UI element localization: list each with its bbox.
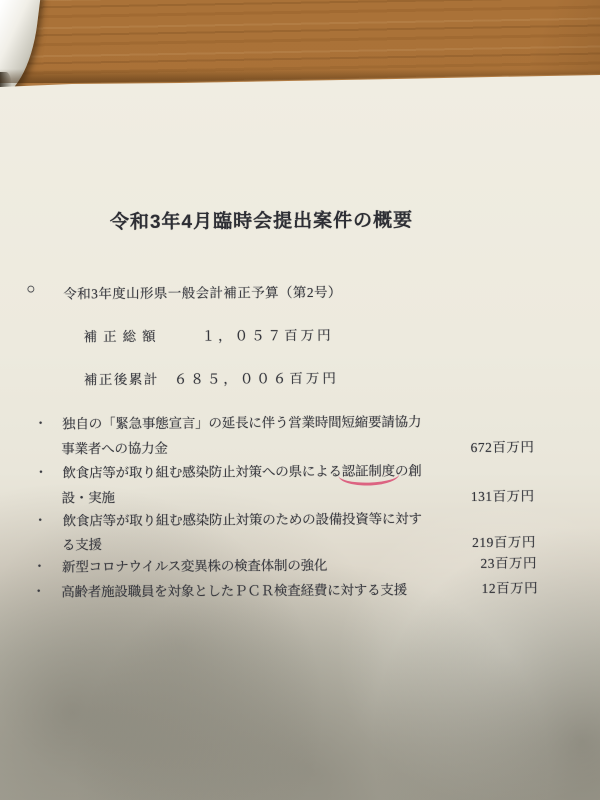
item-3-line-2: る支援 — [62, 533, 102, 553]
item-4-line-1: 新型コロナウイルス変異株の検査体制の強化 — [62, 554, 327, 576]
item-5-line-1: 高齢者施設職員を対象としたＰＣＲ検査経費に対する支援 — [61, 578, 407, 600]
item-1-amount: 672百万円 — [470, 436, 534, 456]
item-2-underlined-term: 認証制度 — [342, 459, 395, 479]
budget-total-value: １，０５７百万円 — [202, 324, 334, 345]
item-4-amount: 23百万円 — [480, 552, 537, 572]
budget-cumulative-value: ６８５，００６百万円 — [174, 367, 339, 388]
item-2-line-1: 飲食店等が取り組む感染防止対策への県による認証制度の創 — [62, 459, 421, 481]
item-2-line-1-post: の創 — [395, 463, 422, 478]
section-heading: 令和3年度山形県一般会計補正予算（第2号） — [63, 281, 342, 303]
bullet-dot: ・ — [33, 556, 46, 575]
item-5-amount: 12百万円 — [482, 577, 539, 597]
bullet-dot: ・ — [34, 510, 47, 529]
bullet-dot: ・ — [34, 413, 47, 432]
item-1-line-1: 独自の「緊急事態宣言」の延長に伴う営業時間短縮要請協力 — [62, 410, 421, 432]
document-photo: 令和3年4月臨時会提出案件の概要 ○ 令和3年度山形県一般会計補正予算（第2号）… — [0, 0, 600, 800]
budget-cumulative-label: 補正後累計 — [84, 368, 159, 388]
document-title: 令和3年4月臨時会提出案件の概要 — [110, 205, 413, 234]
bullet-dot: ・ — [32, 581, 45, 600]
document-content: 令和3年4月臨時会提出案件の概要 ○ 令和3年度山形県一般会計補正予算（第2号）… — [0, 0, 600, 800]
item-2-amount: 131百万円 — [471, 485, 535, 505]
section-marker-circle: ○ — [26, 282, 35, 299]
item-1-line-2: 事業者への協力金 — [61, 437, 168, 458]
item-3-line-1: 飲食店等が取り組む感染防止対策のための設備投資等に対す — [63, 507, 422, 529]
item-2-line-2: 設・実施 — [62, 486, 115, 506]
budget-total-label: 補正総額 — [84, 325, 162, 345]
item-3-amount: 219百万円 — [472, 531, 536, 551]
item-2-line-1-pre: 飲食店等が取り組む感染防止対策への県による — [62, 464, 341, 481]
bullet-dot: ・ — [34, 462, 47, 481]
